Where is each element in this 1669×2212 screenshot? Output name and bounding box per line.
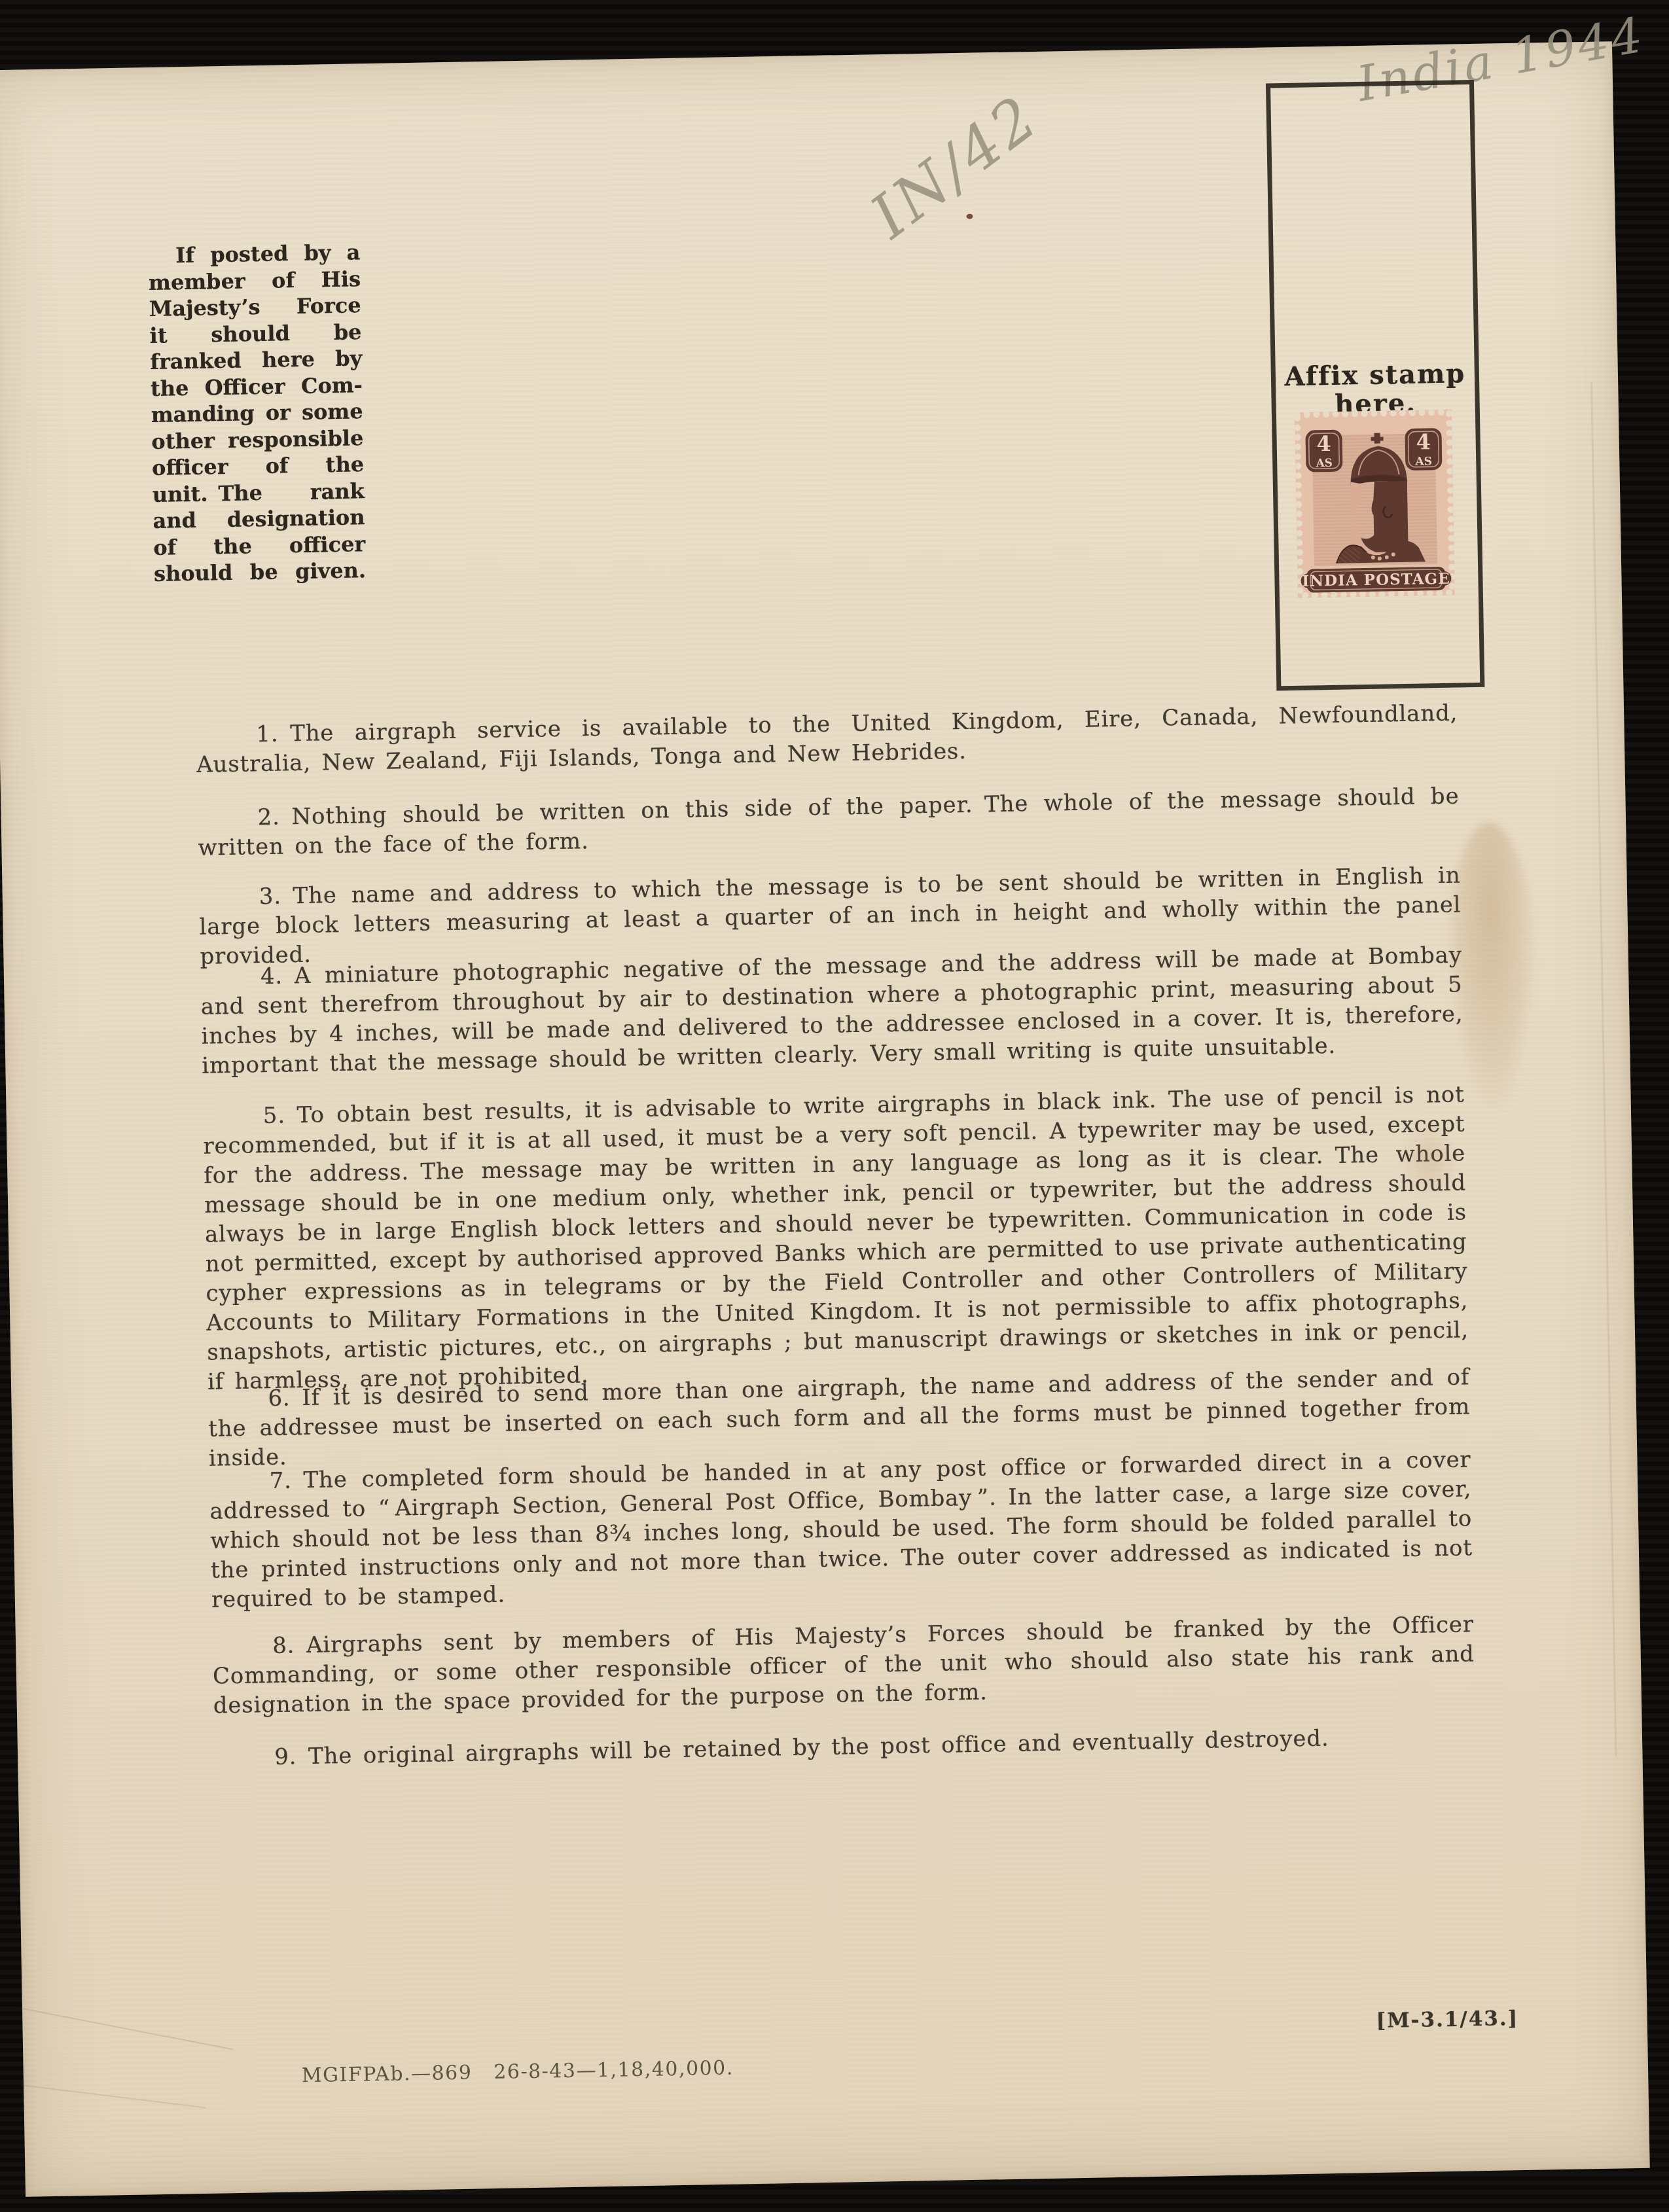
instruction-2: 2. Nothing should be written on this sid… <box>197 782 1460 863</box>
instruction-5: 5. To obtain best results, it is advisab… <box>202 1080 1469 1397</box>
affix-stamp-box: Affix stamp here. 4 A <box>1266 80 1484 691</box>
ink-spot <box>966 214 973 219</box>
franking-line: and designation <box>153 504 365 534</box>
franking-line: other responsible <box>151 425 364 455</box>
paper-crease <box>20 2008 232 2050</box>
franking-line: Majesty’s Force <box>149 292 361 322</box>
franking-line: If posted by a <box>148 239 361 269</box>
franking-line: unit. The rank <box>152 478 365 508</box>
instruction-9: 9. The original airgraphs will be retain… <box>214 1721 1476 1773</box>
handwritten-reference-note: IN/42 <box>858 82 1052 252</box>
instruction-8: 8. Airgraphs sent by members of His Maje… <box>212 1610 1475 1721</box>
franking-line: it should be <box>149 319 362 349</box>
franking-line: manding or some <box>151 398 363 428</box>
airgraph-form-paper: India 1944 IN/42 If posted by a member o… <box>0 41 1650 2197</box>
franking-line: officer of the <box>152 451 365 481</box>
svg-text:AS: AS <box>1315 457 1333 470</box>
stamp-value-left: 4 AS <box>1305 430 1342 473</box>
paper-texture-line <box>1590 382 1617 1757</box>
franking-line: should be given. <box>154 557 367 587</box>
svg-text:AS: AS <box>1414 455 1432 468</box>
instruction-1: 1. The airgraph service is available to … <box>196 699 1458 780</box>
franking-instruction-block: If posted by a member of His Majesty’s F… <box>148 239 366 587</box>
stamp-value-right: 4 AS <box>1405 428 1442 471</box>
svg-text:4: 4 <box>1316 431 1331 456</box>
printer-imprint: MGIFPAb.—869 26-8-43—1,18,40,000. <box>302 2057 734 2088</box>
svg-text:INDIA POSTAGE: INDIA POSTAGE <box>1302 570 1450 590</box>
paper-crease <box>20 2084 206 2109</box>
stamp-country-tablet: INDIA POSTAGE <box>1301 567 1452 593</box>
form-reference-code: [M-3.1/43.] <box>1376 2007 1518 2033</box>
franking-line: franked here by <box>150 345 363 375</box>
franking-line: of the officer <box>153 531 366 561</box>
franking-line: the Officer Com- <box>151 372 363 402</box>
instruction-4: 4. A miniature photographic negative of … <box>200 940 1464 1080</box>
postage-stamp: 4 AS 4 AS <box>1295 410 1455 598</box>
svg-text:4: 4 <box>1416 429 1431 454</box>
franking-line: member of His <box>149 266 361 296</box>
paper-stain <box>1445 822 1538 1111</box>
instruction-7: 7. The completed form should be handed i… <box>209 1445 1473 1614</box>
